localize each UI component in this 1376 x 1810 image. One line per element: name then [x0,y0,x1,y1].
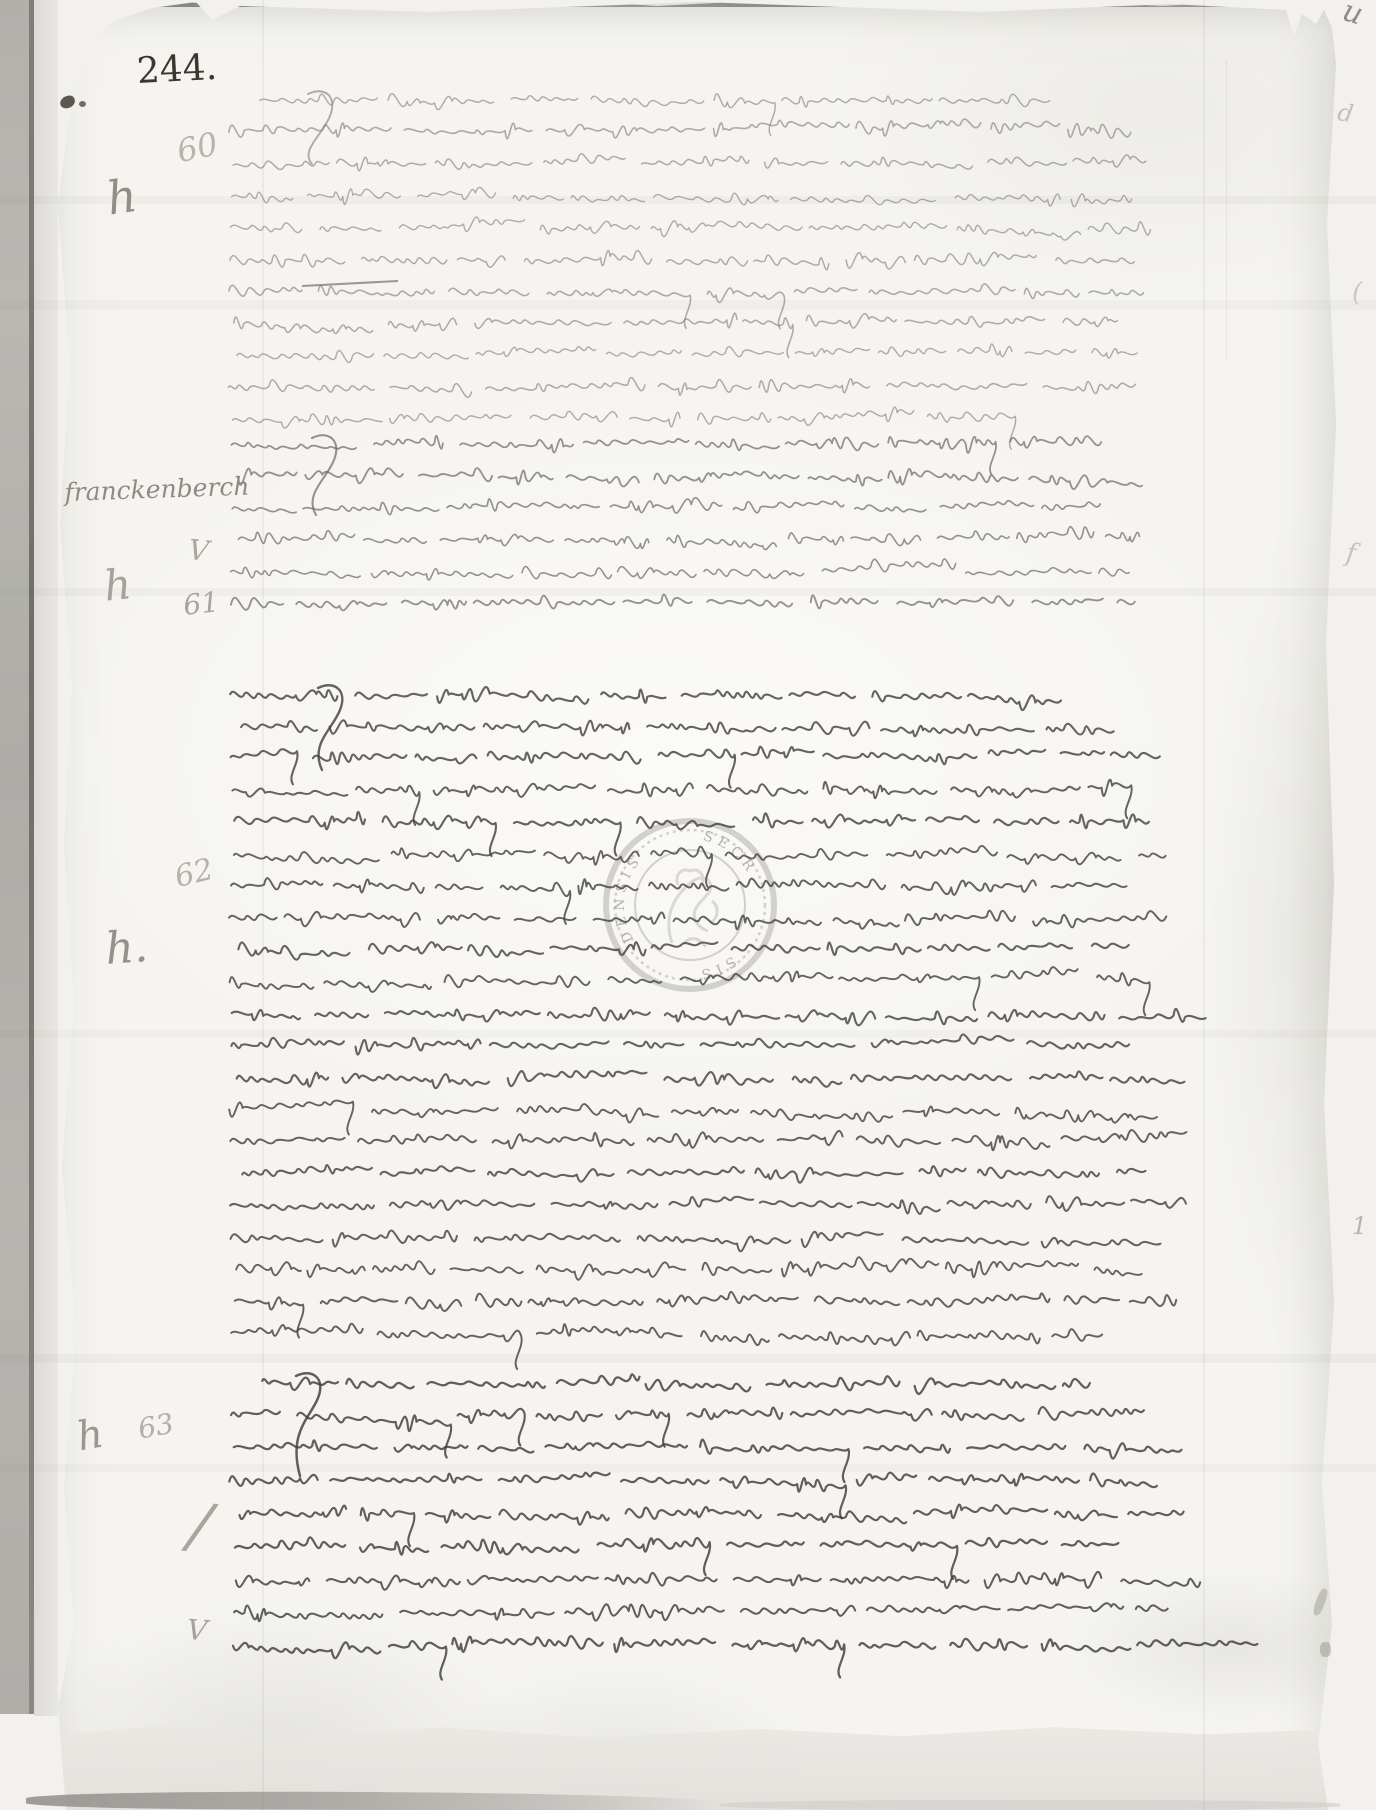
margin-check-2: V [186,1616,208,1645]
handwritten-line [230,217,1150,240]
handwritten-line [234,1603,1168,1621]
handwritten-line [229,284,1144,329]
entry-opening-flourish [296,1373,320,1476]
handwritten-line [242,1165,1145,1183]
handwritten-line [231,747,1160,788]
handwritten-line [231,1231,1161,1252]
margin-number-61: 61 [182,588,220,620]
handwritten-line [230,1196,1186,1214]
handwritten-entry-60 [229,91,1151,449]
handwritten-line [231,594,1135,610]
margin-mark-h-1: h [104,172,140,222]
handwritten-line [231,436,1101,475]
margin-number-63: 63 [136,1410,176,1444]
handwritten-line [237,1071,1185,1088]
handwritten-line [230,250,1135,269]
handwritten-line [262,1374,1090,1394]
handwritten-line [236,1257,1141,1280]
handwritten-entry-61 [231,435,1143,610]
handwritten-line [229,911,1166,930]
margin-word: franckenberch [64,474,250,505]
handwritten-line [232,187,1132,206]
handwritten-line [229,119,1131,139]
handwritten-line [240,1505,1184,1547]
handwritten-line [235,1537,1119,1579]
margin-mark-h-3: h. [104,925,149,972]
handwritten-line [233,1636,1257,1679]
page-number: 244. [136,50,218,90]
handwritten-line [229,1101,1157,1135]
handwritten-line [234,812,1149,856]
handwritten-line [238,468,1142,489]
handwritten-line [231,1034,1129,1054]
margin-number-60: 60 [174,128,220,168]
handwritten-line [234,1440,1182,1482]
handwritten-line [231,1407,1144,1457]
handwritten-entry-63 [229,1373,1257,1679]
handwritten-line [238,942,1128,960]
handwritten-line [260,94,1050,136]
margin-number-62: 62 [172,855,216,893]
handwritten-line [230,1130,1186,1150]
handwritten-line [239,527,1140,550]
handwritten-line [236,1572,1200,1590]
handwritten-line [232,780,1131,825]
handwritten-line [232,1008,1206,1026]
handwritten-line [229,378,1136,398]
handwritten-entry-62 [229,685,1206,1369]
handwritten-line [235,1292,1176,1338]
handwritten-line [231,559,1130,580]
handwritten-line [230,687,1061,710]
handwritten-line [230,967,1150,1015]
handwritten-line [231,1324,1102,1369]
handwritten-line [232,498,1100,515]
handwritten-line [234,846,1166,887]
margin-mark-h-2: h [102,563,133,608]
edge-mark-4: 1 [1352,1214,1367,1238]
margin-check-1: V [187,536,210,566]
strikethrough-mark [302,281,398,286]
handwritten-line [233,154,1146,171]
handwritten-line [241,720,1114,736]
handwritten-line [237,344,1137,362]
scanned-page: DENSIS SECR SIS 244.60hfranckenberchVh61… [0,0,1376,1810]
edge-mark-2: ( [1352,280,1362,306]
